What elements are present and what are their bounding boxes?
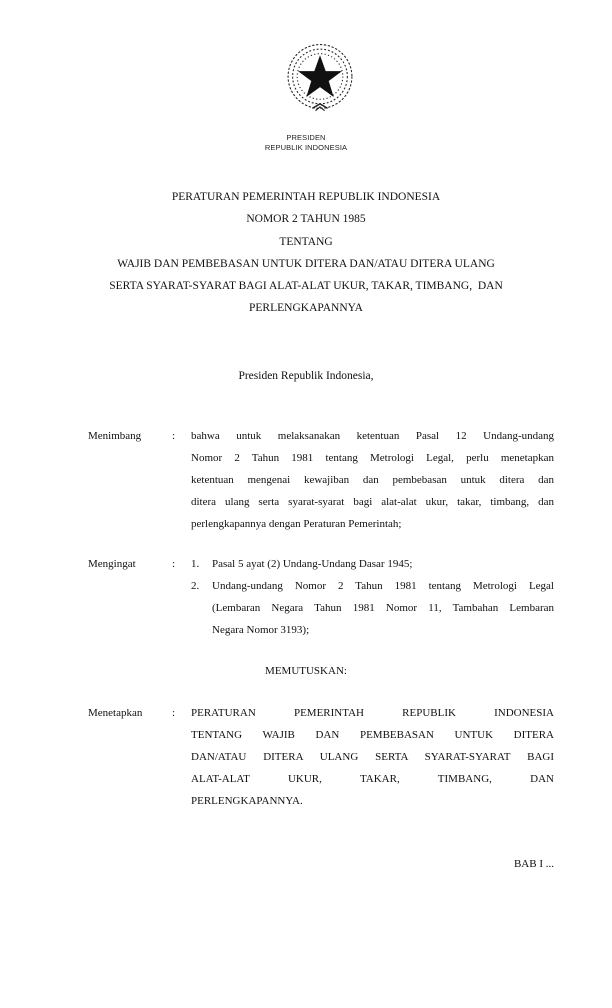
garuda-star-wreath-emblem-icon xyxy=(282,40,358,116)
body-line: DAN/ATAU DITERA ULANG SERTA SYARAT-SYARA… xyxy=(191,746,554,768)
body-line: Nomor 2 Tahun 1981 tentang Metrologi Leg… xyxy=(191,447,554,469)
title-line: NOMOR 2 TAHUN 1985 xyxy=(0,208,612,230)
body-line: Undang-undang Nomor 2 Tahun 1981 tentang… xyxy=(212,575,554,597)
title-line: TENTANG xyxy=(0,231,612,253)
list-number: 1. xyxy=(191,553,199,575)
section-label: Mengingat xyxy=(88,553,136,575)
body-line: perlengkapannya dengan Peraturan Pemerin… xyxy=(191,513,554,535)
section-body: bahwa untuk melaksanakan ketentuan Pasal… xyxy=(191,425,554,535)
body-line: ketentuan mengenai kewajiban dan pembeba… xyxy=(191,469,554,491)
body-line: ALAT-ALAT UKUR, TAKAR, TIMBANG, DAN xyxy=(191,768,554,790)
body-line: bahwa untuk melaksanakan ketentuan Pasal… xyxy=(191,425,554,447)
list-item: 2. Undang-undang Nomor 2 Tahun 1981 tent… xyxy=(191,575,554,641)
body-line: PERATURAN PEMERINTAH REPUBLIK INDONESIA xyxy=(191,702,554,724)
body-line: PERLENGKAPANNYA. xyxy=(191,790,554,812)
body-line: ditera ulang serta syarat-syarat bagi al… xyxy=(191,491,554,513)
body-line: (Lembaran Negara Tahun 1981 Nomor 11, Ta… xyxy=(212,597,554,619)
reference-list: 1. Pasal 5 ayat (2) Undang-Undang Dasar … xyxy=(191,553,554,641)
section-menimbang: Menimbang : bahwa untuk melaksanakan ket… xyxy=(88,425,554,535)
title-line: SERTA SYARAT-SYARAT BAGI ALAT-ALAT UKUR,… xyxy=(0,275,612,297)
section-label: Menimbang xyxy=(88,425,141,447)
body-line: TENTANG WAJIB DAN PEMBEBASAN UNTUK DITER… xyxy=(191,724,554,746)
next-page-indicator: BAB I ... xyxy=(514,858,554,870)
section-label: Menetapkan xyxy=(88,702,142,724)
title-line: WAJIB DAN PEMBEBASAN UNTUK DITERA DAN/AT… xyxy=(0,253,612,275)
document-title: PERATURAN PEMERINTAH REPUBLIK INDONESIA … xyxy=(0,186,612,320)
section-colon: : xyxy=(172,702,175,724)
document-page: PRESIDEN REPUBLIK INDONESIA PERATURAN PE… xyxy=(0,0,612,1008)
section-body: PERATURAN PEMERINTAH REPUBLIK INDONESIA … xyxy=(191,702,554,812)
header-presiden: PRESIDEN xyxy=(0,133,612,143)
title-line: PERLENGKAPANNYA xyxy=(0,297,612,319)
section-menetapkan: Menetapkan : PERATURAN PEMERINTAH REPUBL… xyxy=(88,702,554,812)
section-mengingat: Mengingat : 1. Pasal 5 ayat (2) Undang-U… xyxy=(88,553,554,643)
body-line: Pasal 5 ayat (2) Undang-Undang Dasar 194… xyxy=(212,553,554,575)
header-republik-indonesia: REPUBLIK INDONESIA xyxy=(0,143,612,153)
opening-statement: Presiden Republik Indonesia, xyxy=(0,370,612,382)
section-colon: : xyxy=(172,553,175,575)
memutuskan-heading: MEMUTUSKAN: xyxy=(0,665,612,677)
title-line: PERATURAN PEMERINTAH REPUBLIK INDONESIA xyxy=(0,186,612,208)
body-line: Negara Nomor 3193); xyxy=(212,619,554,641)
list-item: 1. Pasal 5 ayat (2) Undang-Undang Dasar … xyxy=(191,553,554,575)
section-body: 1. Pasal 5 ayat (2) Undang-Undang Dasar … xyxy=(191,553,554,641)
section-colon: : xyxy=(172,425,175,447)
list-number: 2. xyxy=(191,575,199,597)
